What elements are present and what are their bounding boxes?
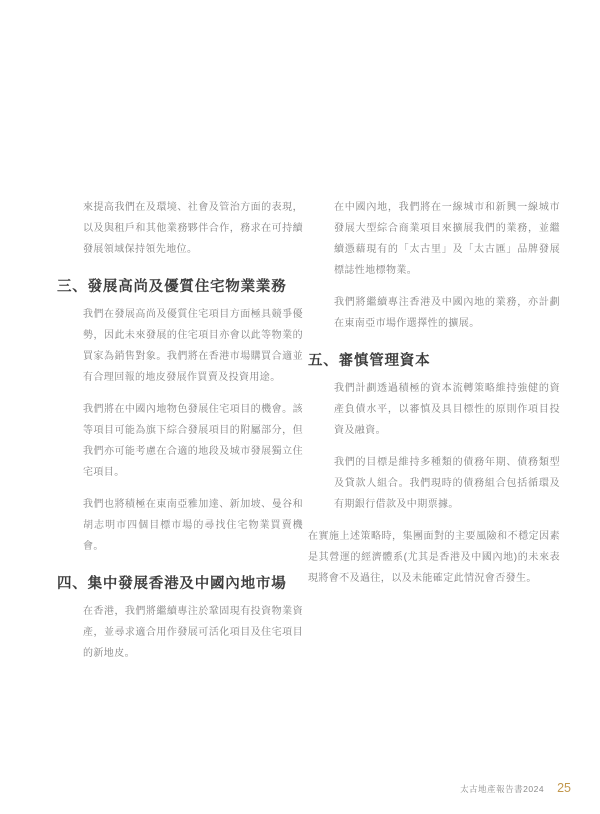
section-heading-five: 五、審慎管理資本 xyxy=(308,351,560,371)
page-number: 25 xyxy=(557,781,571,795)
section-three-paragraph-1: 我們在發展高尚及優質住宅項目方面極具競爭優勢，因此未來發展的住宅項目亦會以此等物… xyxy=(83,304,303,388)
page-footer: 太古地產報告書2024 25 xyxy=(460,781,571,795)
section-three-paragraph-2: 我們將在中國內地物色發展住宅項目的機會。該等項目可能為旗下綜合發展項目的附屬部分… xyxy=(83,399,303,483)
continuation-paragraph-1: 在中國內地，我們將在一線城市和新興一線城市發展大型綜合商業項目來擴展我們的業務，… xyxy=(334,197,560,281)
section-heading-three: 三、發展高尚及優質住宅物業業務 xyxy=(57,277,303,297)
section-four-paragraph-1: 在香港，我們將繼續專注於鞏固現有投資物業資產，並尋求適合用作發展可活化項目及住宅… xyxy=(83,601,303,664)
left-column: 來提高我們在及環境、社會及管治方面的表現，以及與租戶和其他業務夥伴合作，務求在可… xyxy=(57,197,303,675)
report-page: 來提高我們在及環境、社會及管治方面的表現，以及與租戶和其他業務夥伴合作，務求在可… xyxy=(0,0,600,814)
intro-continuation-paragraph: 來提高我們在及環境、社會及管治方面的表現，以及與租戶和其他業務夥伴合作，務求在可… xyxy=(83,197,303,260)
section-five-paragraph-2: 我們的目標是維持多種類的債務年期、債務類型及貸款人組合。我們現時的債務組合包括循… xyxy=(334,452,560,515)
section-five-paragraph-1: 我們計劃透過積極的資本流轉策略維持強健的資產負債水平，以審慎及具目標性的原則作項… xyxy=(334,378,560,441)
continuation-paragraph-2: 我們將繼續專注香港及中國內地的業務，亦計劃在東南亞市場作選擇性的擴展。 xyxy=(334,292,560,334)
section-heading-four: 四、集中發展香港及中國內地市場 xyxy=(57,574,303,594)
report-title: 太古地產報告書2024 xyxy=(460,783,544,795)
section-three-paragraph-3: 我們也將積極在東南亞雅加達、新加坡、曼谷和胡志明市四個目標市場的尋找住宅物業買賣… xyxy=(83,494,303,557)
closing-risk-paragraph: 在實施上述策略時，集團面對的主要風險和不穩定因素是其營運的經濟體系(尤其是香港及… xyxy=(308,526,560,589)
right-column: 在中國內地，我們將在一線城市和新興一線城市發展大型綜合商業項目來擴展我們的業務，… xyxy=(308,197,560,600)
